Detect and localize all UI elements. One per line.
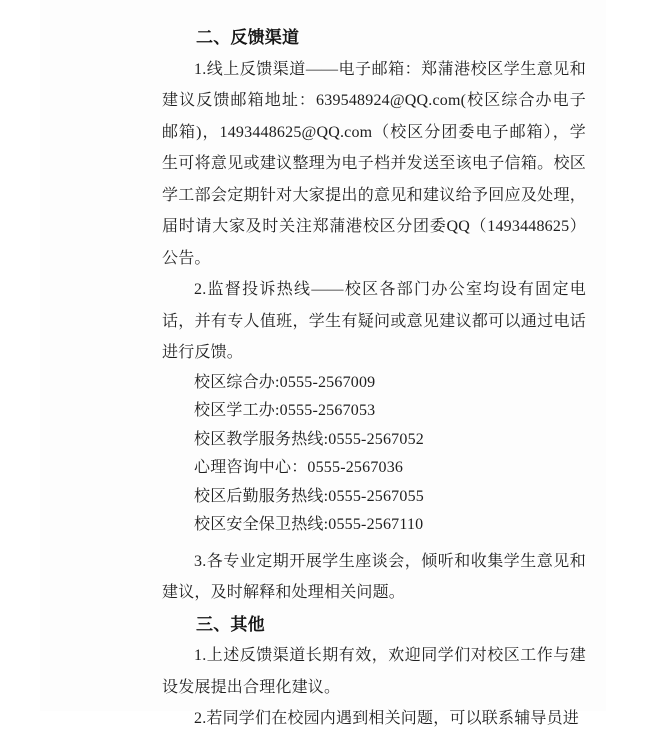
document-page: 二、反馈渠道 1.线上反馈渠道——电子邮箱：郑蒲港校区学生意见和建议反馈邮箱地址… bbox=[40, 0, 606, 711]
section-heading-feedback-channels: 二、反馈渠道 bbox=[162, 22, 586, 54]
phone-line-security: 校区安全保卫热线:0555-2567110 bbox=[162, 511, 586, 540]
paragraph-symposium: 3.各专业定期开展学生座谈会，倾听和收集学生意见和建议，及时解释和处理相关问题。 bbox=[162, 546, 586, 609]
document-body: 二、反馈渠道 1.线上反馈渠道——电子邮箱：郑蒲港校区学生意见和建议反馈邮箱地址… bbox=[162, 22, 586, 711]
phone-line-student-affairs: 校区学工办:0555-2567053 bbox=[162, 397, 586, 426]
paragraph-online-feedback: 1.线上反馈渠道——电子邮箱：郑蒲港校区学生意见和建议反馈邮箱地址：639548… bbox=[162, 54, 586, 275]
section-heading-others: 三、其他 bbox=[162, 609, 586, 641]
paragraph-hotline-intro: 2.监督投诉热线——校区各部门办公室均设有固定电话，并有专人值班，学生有疑问或意… bbox=[162, 274, 586, 369]
phone-line-teaching-service: 校区教学服务热线:0555-2567052 bbox=[162, 426, 586, 455]
phone-line-logistics-service: 校区后勤服务热线:0555-2567055 bbox=[162, 483, 586, 512]
paragraph-contact-counselor: 2.若同学们在校园内遇到相关问题，可以联系辅导员进 bbox=[162, 703, 586, 711]
paragraph-channels-validity: 1.上述反馈渠道长期有效，欢迎同学们对校区工作与建设发展提出合理化建议。 bbox=[162, 640, 586, 703]
phone-line-counseling-center: 心理咨询中心：0555-2567036 bbox=[162, 454, 586, 483]
phone-line-general-office: 校区综合办:0555-2567009 bbox=[162, 369, 586, 398]
